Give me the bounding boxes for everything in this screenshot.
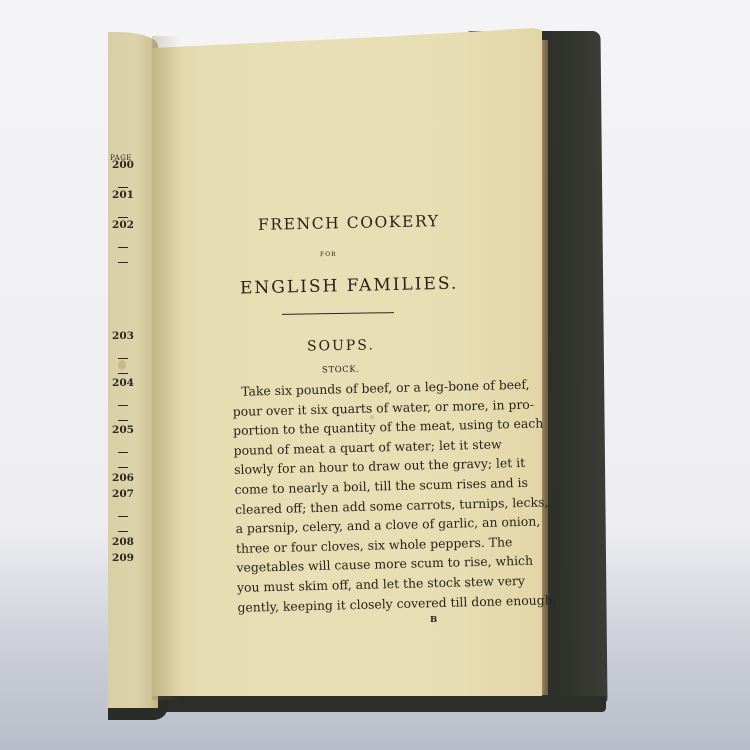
index-page-number: 207 <box>110 488 136 500</box>
index-page-number: 209 <box>110 552 136 564</box>
left-page <box>108 32 158 708</box>
index-page-number: 205 <box>110 424 136 436</box>
index-dash <box>118 452 128 453</box>
index-page-number: 204 <box>110 377 136 389</box>
index-dash <box>118 467 128 468</box>
index-dash <box>118 358 128 359</box>
index-dash <box>118 373 128 374</box>
index-page-number: 200 <box>110 159 136 171</box>
book-title-for: FOR <box>320 251 337 258</box>
index-page-number: 201 <box>110 189 136 201</box>
foxing-spot <box>118 360 126 370</box>
index-dash <box>118 247 128 248</box>
gutter-shadow <box>152 36 192 700</box>
index-dash <box>118 420 128 421</box>
signature-mark: B <box>430 615 437 625</box>
index-page-number: 206 <box>110 472 136 484</box>
index-page-number: 202 <box>110 219 136 231</box>
book-title-line-1: FRENCH COOKERY <box>258 212 440 234</box>
index-dash <box>118 405 128 406</box>
section-heading: SOUPS. <box>307 337 375 354</box>
index-dash <box>118 262 128 263</box>
subheading: STOCK. <box>322 365 360 376</box>
index-page-number: 203 <box>110 330 136 342</box>
index-page-number: 208 <box>110 536 136 548</box>
index-dash <box>118 531 128 532</box>
recipe-body: Take six pounds of beef, or a leg-bone o… <box>232 375 506 617</box>
index-dash <box>118 516 128 517</box>
book-photo: PAGE 200201202203204205206207208209 FREN… <box>0 0 750 750</box>
